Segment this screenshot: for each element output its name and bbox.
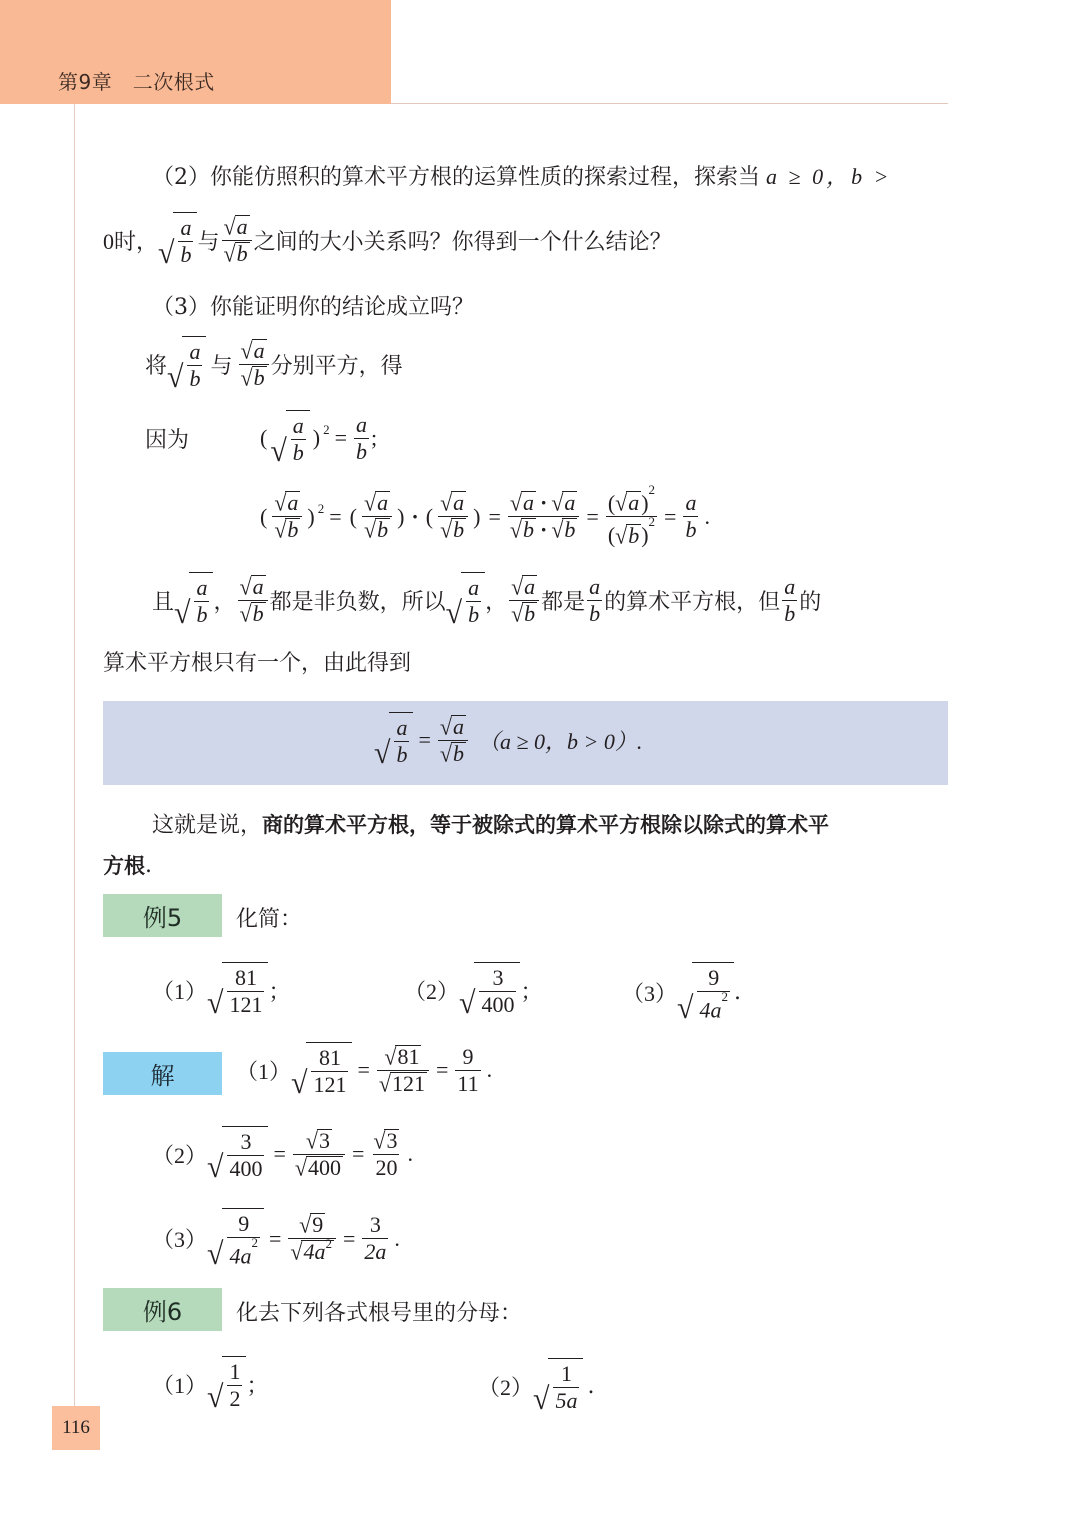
solution-step-3: （3） √94a2 = √9√4a2 = 32a . — [152, 1208, 400, 1269]
meaning-line-2: 方根 . — [103, 850, 152, 880]
solution-step-1: （1） √81121 = √81√121 = 911 . — [236, 1042, 492, 1098]
question-2-line-2: 0时， √ab 与 √a√b 之间的大小关系吗？你得到一个什么结论？ — [103, 212, 672, 268]
sqrt-a-over-b: √ab — [158, 212, 197, 268]
question-2-line-1: （2）你能仿照积的算术平方根的运算性质的探索过程，探索当 a ≥ 0，b > — [152, 160, 891, 191]
example-5-item-1: （1） √81121 ； — [152, 962, 291, 1018]
margin-rule — [74, 104, 75, 1410]
example-5-prompt: 化简： — [236, 902, 302, 933]
question-3: （3）你能证明你的结论成立吗？ — [152, 290, 474, 321]
solution-tag: 解 — [103, 1052, 222, 1095]
meaning-line-1: 这就是说， 商的算术平方根，等于被除式的算术平方根除以除式的算术平 — [152, 808, 829, 839]
example-5-item-2: （2） √3400 ； — [404, 962, 543, 1018]
chapter-title: 第9章 二次根式 — [58, 66, 215, 95]
only-one-line: 算术平方根只有一个，由此得到 — [103, 646, 411, 677]
example-5-tag: 例5 — [103, 894, 222, 937]
example-6-prompt: 化去下列各式根号里的分母： — [236, 1296, 522, 1327]
example-6-tag: 例6 — [103, 1288, 222, 1331]
example-5-item-3: （3） √94a2 . — [622, 962, 741, 1023]
solution-step-2: （2） √3400 = √3√400 = √320 . — [152, 1126, 413, 1182]
page-number: 116 — [52, 1406, 100, 1450]
theorem-formula: √ab = √a√b （a ≥ 0，b > 0）. — [374, 712, 642, 768]
equation-1: ( √ab )2 = ab ; — [257, 410, 377, 466]
square-both-line: 将 √ab 与 √a√b 分别平方，得 — [145, 336, 403, 392]
equation-2: ( √a√b )2 = ( √a√b ) · ( √a√b ) = √a·√a√… — [257, 485, 710, 549]
nonnegative-line: 且 √ab ， √a√b 都是非负数，所以 √ab ， √a√b 都是 ab 的… — [152, 572, 821, 628]
example-6-item-1: （1） √12 ； — [152, 1356, 269, 1412]
example-6-item-2: （2） √15a . — [478, 1358, 594, 1414]
header-rule — [391, 103, 948, 104]
sqrt-a-over-sqrt-b: √a√b — [220, 214, 254, 267]
because-line-1: 因为 ( √ab )2 = ab ; — [145, 410, 377, 466]
